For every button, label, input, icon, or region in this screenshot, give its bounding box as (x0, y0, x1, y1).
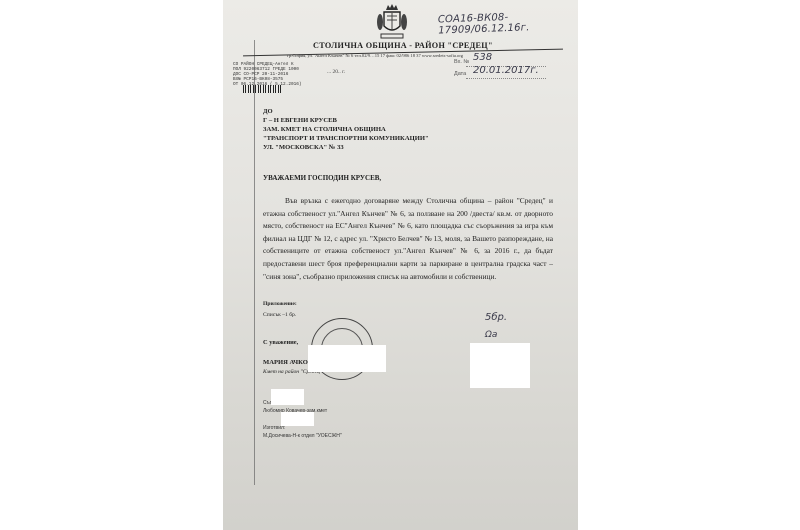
scanned-letter-page: СОА16-ВК08-17909/06.12.16г. СТОЛИЧНА ОБЩ… (223, 0, 578, 530)
handwritten-count-note: 5бр. (485, 312, 507, 323)
coat-of-arms-icon (375, 2, 409, 42)
barcode (243, 85, 281, 93)
attachment-label: Приложение: (263, 301, 297, 307)
letter-body: Във връзка с ежегодно договаряне между С… (263, 195, 553, 283)
registration-number-label: Вх. № (454, 59, 469, 65)
recipient-line: ДО (263, 107, 429, 116)
redaction-preparer-signature (281, 412, 314, 426)
redaction-signature (308, 345, 386, 372)
registration-date-label: Дата (454, 71, 466, 77)
closing: С уважение, (263, 339, 298, 346)
redaction-approver-signature (271, 389, 304, 405)
recipient-block: ДО Г – Н ЕВГЕНИ КРУСЕВ ЗАМ. КМЕТ НА СТОЛ… (263, 107, 429, 152)
binding-margin-line (254, 40, 255, 485)
recipient-line: Г – Н ЕВГЕНИ КРУСЕВ (263, 116, 429, 125)
prepared-by-name: М.Досичева-Н-к отдел "УОЕСЖН" (263, 433, 342, 439)
registration-date-line (466, 78, 546, 79)
attachment-item: Списък –1 бр. (263, 312, 296, 318)
incoming-stamp: СО РАЙОН СРЕДЕЦ-Ангел К ПОЛ 9220063712 Г… (233, 62, 303, 87)
recipient-line: ЗАМ. КМЕТ НА СТОЛИЧНА ОБЩИНА (263, 125, 429, 134)
registration-date-value: 20.01.2017г. (473, 65, 539, 76)
handwritten-initials: Ωa (485, 330, 497, 340)
organization-address: гр.София, ул."Ангел Кънчев" № 6 тел.02/9… (287, 53, 463, 58)
date-placeholder: ... 20.. г. (327, 69, 345, 75)
redaction-handwritten-signature (470, 343, 530, 388)
registration-number-value: 538 (473, 52, 492, 63)
organization-title: СТОЛИЧНА ОБЩИНА - РАЙОН "СРЕДЕЦ" (313, 41, 493, 50)
recipient-line: "ТРАНСПОРТ И ТРАНСПОРТНИ КОМУНИКАЦИИ" (263, 134, 429, 143)
recipient-line: УЛ. "МОСКОВСКА" № 33 (263, 143, 429, 152)
handwritten-reference-number: СОА16-ВК08-17909/06.12.16г. (438, 10, 578, 37)
salutation: УВАЖАЕМИ ГОСПОДИН КРУСЕВ, (263, 174, 381, 182)
